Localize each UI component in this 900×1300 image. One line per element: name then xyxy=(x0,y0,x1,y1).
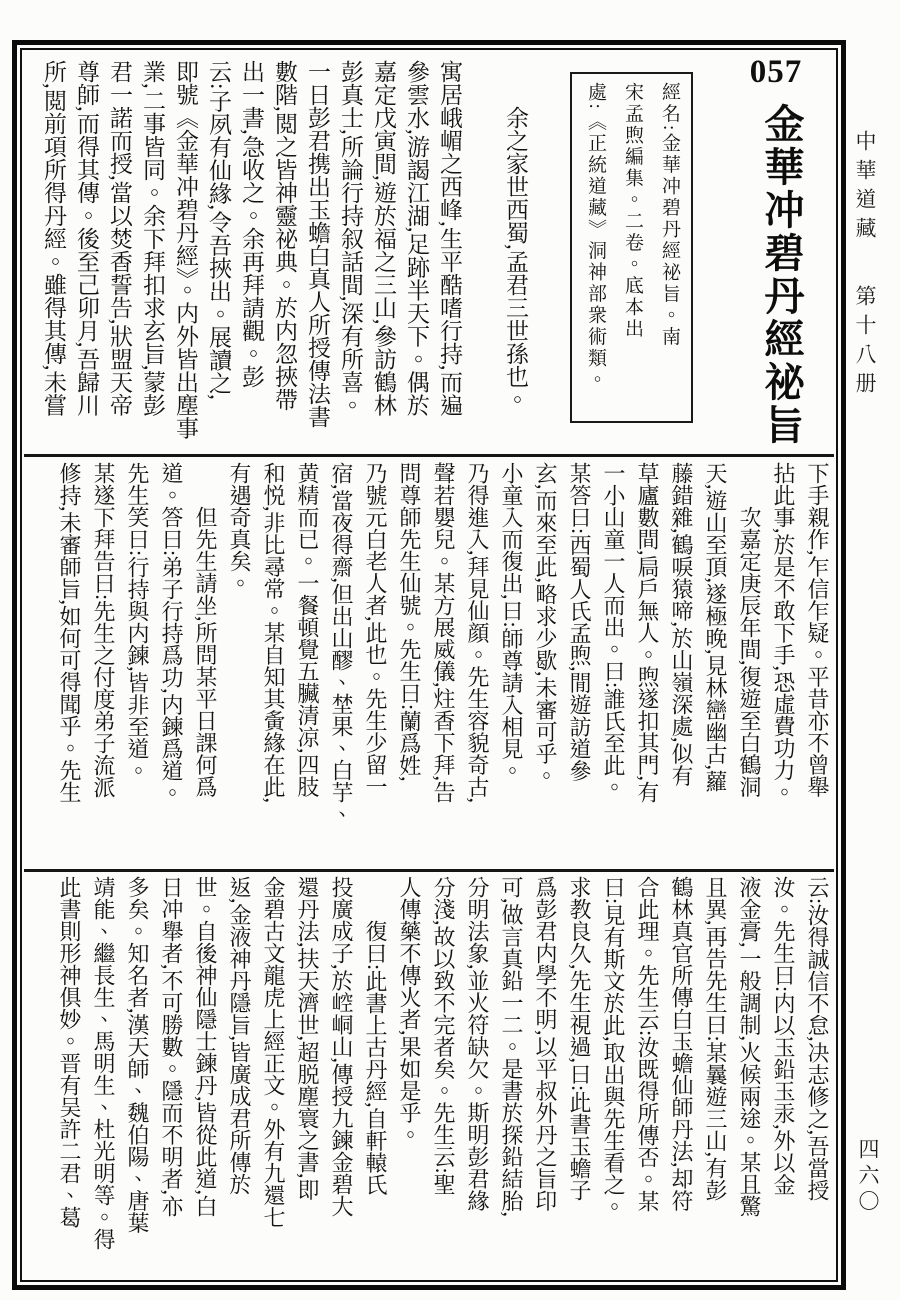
text-column: 日冲舉者,不可勝數。隱而不明者,亦 xyxy=(154,876,188,1278)
text-column: 復曰:此書上古丹經,自軒轅氏 xyxy=(358,876,392,1278)
text-column: 天,遊山至頂,遂極晚,見林巒幽古,蘿 xyxy=(698,462,732,864)
text-column: 即號《金華冲碧丹經》。内外皆出塵事 xyxy=(169,60,202,454)
text-column: 道。答曰:弟子行持爲功,内鍊爲道。 xyxy=(154,462,188,864)
text-column: 曰:見有斯文於此,取出與先生看之。 xyxy=(596,876,630,1278)
text-column: 數階,閲之皆神靈祕典。於内忽挾帶 xyxy=(268,60,301,454)
text-column: 參雲水,游謁江湖,足跡半天下。偶於 xyxy=(400,60,433,454)
text-column: 玄,而來至此,略求少歇,未審可乎。 xyxy=(528,462,562,864)
text-column: 鶴林真官所傳白玉蟾仙師丹法,却符 xyxy=(664,876,698,1278)
text-column: 黄精而已。一餐頓覺五臟清凉,四肢 xyxy=(290,462,324,864)
text-column: 人傳藥不傳火者,果如是乎。 xyxy=(392,876,426,1278)
text-column: 寓居峨嵋之西峰,生平酷嗜行持,而遍 xyxy=(433,60,466,454)
volume-number: 第十八册 xyxy=(853,285,877,401)
text-column: 分明法象,並火符缺欠。斯明彭君緣 xyxy=(460,876,494,1278)
text-column: 乃得進入,拜見仙顔。先生容貌奇古, xyxy=(460,462,494,864)
volume-label: 中華道藏 第十八册 xyxy=(850,130,880,450)
page-title: 金華冲碧丹經祕旨 xyxy=(753,103,810,455)
text-column: 世。自後神仙隱士鍊丹,皆從此道,白 xyxy=(188,876,222,1278)
text-column: 宿,當夜得齋,但出山醪、埜果、白芋、 xyxy=(324,462,358,864)
text-column: 修持,未審師旨,如何可得聞乎。先生 xyxy=(52,462,86,864)
text-column: 某答曰:西蜀人氏孟煦,閒遊訪道參 xyxy=(562,462,596,864)
text-column: 此書則形神俱妙。晋有吴許二君、葛 xyxy=(52,876,86,1278)
text-column: 金碧古文龍虎上經正文。外有九還七 xyxy=(256,876,290,1278)
text-column: 先生笑曰:行持與内鍊,皆非至道。 xyxy=(120,462,154,864)
text-column: 余之家世西蜀,孟君三世孫也。 xyxy=(499,60,532,454)
section-bottom-text: 云:汝得誠信不怠,决志修之,吾當授汝。先生曰:内以玉鉛玉汞,外以金液金膏,一般調… xyxy=(52,876,834,1278)
page: 中華道藏 第十八册 四六〇 057 金華冲碧丹經祕旨 經名:金華冲碧丹經祕旨。南… xyxy=(0,0,900,1300)
text-column: 求教良久,先生視過,曰:此書玉蟾子 xyxy=(562,876,596,1278)
text-column: 和悦,非比尋常。某自知其夤緣在此, xyxy=(256,462,290,864)
folio-number: 四六〇 xyxy=(853,1138,883,1216)
text-column: 可,做言真鉛一二。是書於探鉛結胎, xyxy=(494,876,528,1278)
text-column: 出一書,急收之。余再拜請觀。彭 xyxy=(235,60,268,454)
text-column: 次嘉定庚辰年間,復遊至白鶴洞 xyxy=(732,462,766,864)
text-column: 乃號元白老人者,此也。先生少留一 xyxy=(358,462,392,864)
text-column: 小童入而復出,曰:師尊請入相見。 xyxy=(494,462,528,864)
text-column: 分淺,故以致不完者矣。先生云:聖 xyxy=(426,876,460,1278)
text-column: 嘉定戊寅間,遊於福之三山,參訪鶴林 xyxy=(367,60,400,454)
text-column: 君一諾而授,當以焚香誓告,狀盟天帝 xyxy=(103,60,136,454)
text-column: 業,二事皆同。余下拜扣求玄旨,蒙彭 xyxy=(136,60,169,454)
text-column: 云:汝得誠信不怠,决志修之,吾當授 xyxy=(800,876,834,1278)
text-column: 一小山童一人而出。曰:誰氏至此。 xyxy=(596,462,630,864)
text-column: 爲彭君内學不明,以平叔外丹之旨印 xyxy=(528,876,562,1278)
text-column xyxy=(466,60,499,454)
text-column: 彭真士,所論行持叙話間,深有所喜。 xyxy=(334,60,367,454)
section-divider-top xyxy=(24,454,834,457)
text-column: 靖能、繼長生、馬明生、杜光明等。得 xyxy=(86,876,120,1278)
text-column: 合此理。先生云:汝既得所傳否。某 xyxy=(630,876,664,1278)
section-middle-text: 下手親作,乍信乍疑。平昔亦不曾舉拈此事,於是不敢下手,恐虛費功力。 次嘉定庚辰年… xyxy=(52,462,834,864)
text-column: 還丹法,扶天濟世,超脱塵寰之書,即 xyxy=(290,876,324,1278)
text-column: 一日彭君携出玉蟾白真人所授傳法書 xyxy=(301,60,334,454)
text-column: 液金膏,一般調制,火候兩途。某且驚 xyxy=(732,876,766,1278)
text-column: 草廬數間,扃户無人。煦遂扣其門,有 xyxy=(630,462,664,864)
text-column: 問尊師先生仙號。先生曰:蘭爲姓, xyxy=(392,462,426,864)
text-column: 返,金液神丹隱旨,皆廣成君所傳於 xyxy=(222,876,256,1278)
text-column: 拈此事,於是不敢下手,恐虛費功力。 xyxy=(766,462,800,864)
collection-name: 中華道藏 xyxy=(853,130,877,246)
text-column: 且異,再告先生曰:某曩遊三山,有彭 xyxy=(698,876,732,1278)
text-column: 有遇奇真矣。 xyxy=(222,462,256,864)
text-column: 聲若嬰兒。某方展威儀,炷香下拜,告 xyxy=(426,462,460,864)
colophon-line: 宋孟煦編集。二卷。底本出 xyxy=(614,82,651,417)
text-column: 尊師,而得其傳。後至己卯月,吾歸川 xyxy=(70,60,103,454)
colophon-line: 處:《正統道藏》洞神部衆術類。 xyxy=(577,82,614,417)
text-column: 云:子夙有仙緣,令吾挾出。展讀之, xyxy=(202,60,235,454)
text-column: 汝。先生曰:内以玉鉛玉汞,外以金 xyxy=(766,876,800,1278)
text-column: 下手親作,乍信乍疑。平昔亦不曾舉 xyxy=(800,462,834,864)
text-column: 某遂下拜告曰:先生之付度弟子流派 xyxy=(86,462,120,864)
text-column: 藤錯雜,鶴唳猿啼,於山嶺深處,似有 xyxy=(664,462,698,864)
section-divider-bottom xyxy=(24,869,834,872)
colophon-box: 經名:金華冲碧丹經祕旨。南 宋孟煦編集。二卷。底本出 處:《正統道藏》洞神部衆術… xyxy=(570,72,693,423)
colophon-line: 經名:金華冲碧丹經祕旨。南 xyxy=(651,82,688,417)
section-top-text: 余之家世西蜀,孟君三世孫也。 寓居峨嵋之西峰,生平酷嗜行持,而遍參雲水,游謁江湖… xyxy=(37,60,532,454)
text-column: 多矣。知名者,漢天師、魏伯陽、唐葉 xyxy=(120,876,154,1278)
text-column: 所,閲前項所得丹經。雖得其傳,未嘗 xyxy=(37,60,70,454)
serial-number: 057 xyxy=(738,54,814,91)
text-column: 但先生請坐,所問某平日課何爲 xyxy=(188,462,222,864)
text-column: 投廣成子,於崆峒山,傳授九鍊金碧大 xyxy=(324,876,358,1278)
